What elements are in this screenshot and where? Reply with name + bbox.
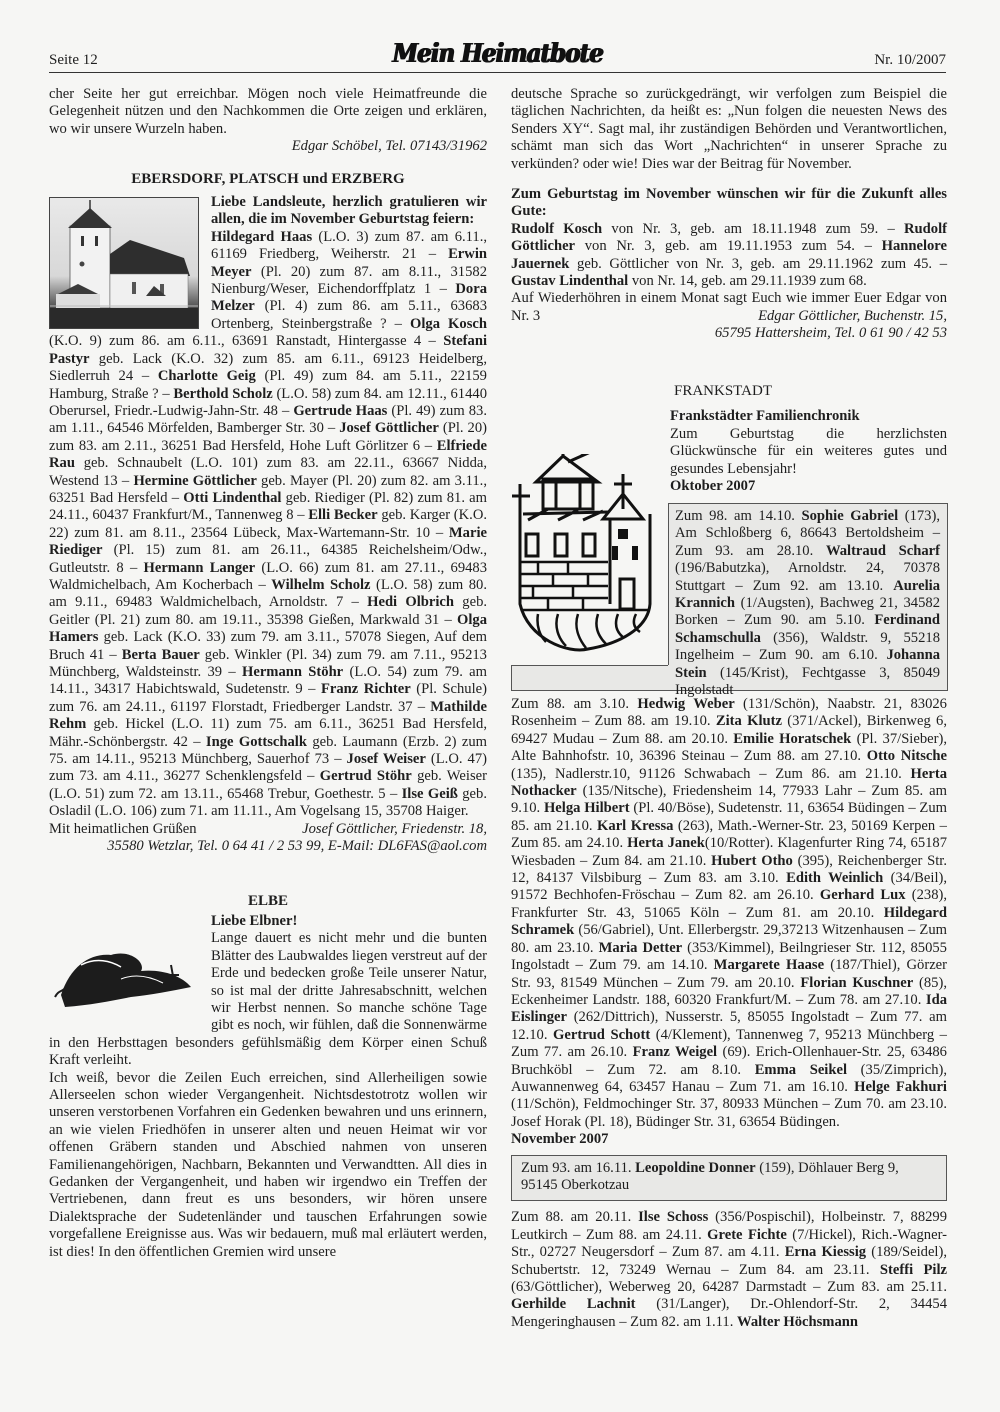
november-entries: Rudolf Kosch von Nr. 3, geb. am 18.11.19… [511, 221, 947, 289]
october-box-text: Zum 98. am 14.10. Sophie Gabriel (173), … [675, 508, 940, 699]
november-birthdays: Zum Geburtstag im November wünschen wir … [511, 186, 947, 325]
person-name: Ilse Schoss [638, 1209, 708, 1225]
frankstadt-subtitle: Frankstädter Familienchronik [670, 408, 860, 424]
elbe-greeting: Liebe Elbner! [211, 913, 297, 929]
person-name: Inge Gottschalk [206, 734, 307, 750]
november-heading: Zum Geburtstag im November wünschen wir … [511, 186, 947, 219]
person-name: Gustav Lindenthal [511, 273, 628, 289]
rock-landscape-icon [51, 935, 199, 1011]
person-name: Maria Detter [599, 940, 683, 956]
person-name: Karl Kressa [597, 818, 673, 834]
frankstadt-header: FRANKSTADT Frankstädter Familienchronik … [670, 383, 947, 495]
person-name: Hermann Langer [143, 560, 255, 576]
person-name: Franz Richter [321, 681, 411, 697]
right-column: deutsche Sprache so zurückgedrängt, wir … [511, 86, 947, 343]
closing-line: Mit heimatlichen Grüßen Josef Göttlicher… [49, 821, 487, 838]
november-highlight-box: Zum 93. am 16.11. Leopoldine Donner (159… [511, 1155, 947, 1202]
october-entries: Zum 88. am 3.10. Hedwig Weber (131/Schön… [511, 696, 947, 1131]
november-list-entries: Zum 88. am 20.11. Ilse Schoss (356/Pospi… [511, 1209, 947, 1331]
person-name: Florian Kuschner [800, 975, 913, 991]
intro-text: cher Seite her gut erreichbar. Mögen noc… [49, 86, 487, 138]
person-name: Gertrud Schott [553, 1027, 650, 1043]
person-name: Hubert Otho [711, 853, 793, 869]
person-name: Helga Hilbert [544, 800, 630, 816]
person-name: Leopoldine Donner [635, 1160, 755, 1176]
signature-1: Josef Göttlicher, Friedenstr. 18, [302, 821, 487, 838]
october-heading: Oktober 2007 [670, 478, 755, 494]
person-name: Josef Göttlicher [339, 420, 439, 436]
edgar-signature-2: 65795 Hattersheim, Tel. 0 61 90 / 42 53 [511, 325, 947, 342]
continued-text: deutsche Sprache so zurückgedrängt, wir … [511, 86, 947, 173]
person-name: Grete Fichte [707, 1227, 787, 1243]
november-top-entry: Zum 93. am 16.11. Leopoldine Donner (159… [521, 1160, 937, 1195]
frankstadt-coat-of-arms-icon [508, 454, 658, 654]
person-name: Rudolf Kosch [511, 221, 602, 237]
person-name: Herta Janek [627, 835, 705, 851]
person-name: Gertrud Stöhr [320, 768, 412, 784]
person-name: Berta Bauer [122, 647, 200, 663]
section-title-frankstadt: FRANKSTADT [674, 383, 947, 400]
person-name: Gerhard Lux [820, 887, 906, 903]
november-2007-heading: November 2007 [511, 1131, 608, 1147]
person-name: Sophie Gabriel [802, 508, 899, 524]
intro-signature: Edgar Schöbel, Tel. 07143/31962 [49, 138, 487, 155]
person-name: Hermann Stöhr [242, 664, 343, 680]
frankstadt-intro: Zum Geburtstag die herzlichsten Glückwün… [670, 426, 947, 478]
person-name: Berthold Scholz [173, 386, 272, 402]
person-name: Walter Höchsmann [737, 1314, 858, 1330]
issue-number: Nr. 10/2007 [874, 52, 946, 69]
signature-2: 35580 Wetzlar, Tel. 0 64 41 / 2 53 99, E… [49, 838, 487, 855]
person-name: Olga Kosch [410, 316, 487, 332]
greeting: Liebe Landsleute, herzlich gratulieren w… [211, 194, 487, 227]
person-name: Emilie Horatschek [733, 731, 851, 747]
person-name: Waltraud Scharf [826, 543, 940, 559]
person-name: Elli Becker [308, 507, 377, 523]
church-photo [49, 197, 199, 329]
church-image [49, 197, 199, 329]
person-name: Steffi Pilz [880, 1262, 947, 1278]
person-name: Helge Fakhuri [854, 1079, 947, 1095]
person-name: Hedwig Weber [637, 696, 734, 712]
person-name: Erna Kiessig [785, 1244, 866, 1260]
left-column: cher Seite her gut erreichbar. Mögen noc… [49, 86, 487, 1261]
person-name: Gerhilde Lachnit [511, 1296, 636, 1312]
closing: Mit heimatlichen Grüßen [49, 821, 197, 838]
page-header: Seite 12 Mein Heimatbote Nr. 10/2007 [49, 44, 946, 73]
section-title-ebersdorf: EBERSDORF, PLATSCH und ERZBERG [49, 171, 487, 188]
person-name: Margarete Haase [714, 957, 824, 973]
person-name: Josef Weiser [347, 751, 426, 767]
person-name: Charlotte Geig [158, 368, 256, 384]
person-name: Wilhelm Scholz [271, 577, 370, 593]
person-name: Ilse Geiß [402, 786, 458, 802]
masthead-logo: Mein Heimatbote [49, 38, 946, 69]
landscape-drawing [51, 935, 199, 1016]
person-name: Franz Weigel [633, 1044, 718, 1060]
person-name: Otto Nitsche [867, 748, 947, 764]
edgar-signature-1: Edgar Göttlicher, Buchenstr. 15, [511, 308, 947, 325]
october-list: Zum 88. am 3.10. Hedwig Weber (131/Schön… [511, 696, 947, 1331]
church-icon [50, 198, 198, 328]
person-name: Emma Seikel [755, 1062, 847, 1078]
person-name: Hildegard Haas [211, 229, 312, 245]
person-name: Otti Lindenthal [183, 490, 281, 506]
elbe-paragraph-2: Ich weiß, bevor die Zeilen Euch erreiche… [49, 1070, 487, 1261]
person-name: Zita Klutz [716, 713, 782, 729]
person-name: Gertrude Haas [293, 403, 387, 419]
person-name: Hedi Olbrich [367, 594, 454, 610]
person-name: Edith Weinlich [786, 870, 883, 886]
person-name: Hermine Göttlicher [133, 473, 256, 489]
section-title-elbe: ELBE [49, 893, 487, 910]
october-top-entries: Zum 98. am 14.10. Sophie Gabriel (173), … [675, 508, 940, 699]
